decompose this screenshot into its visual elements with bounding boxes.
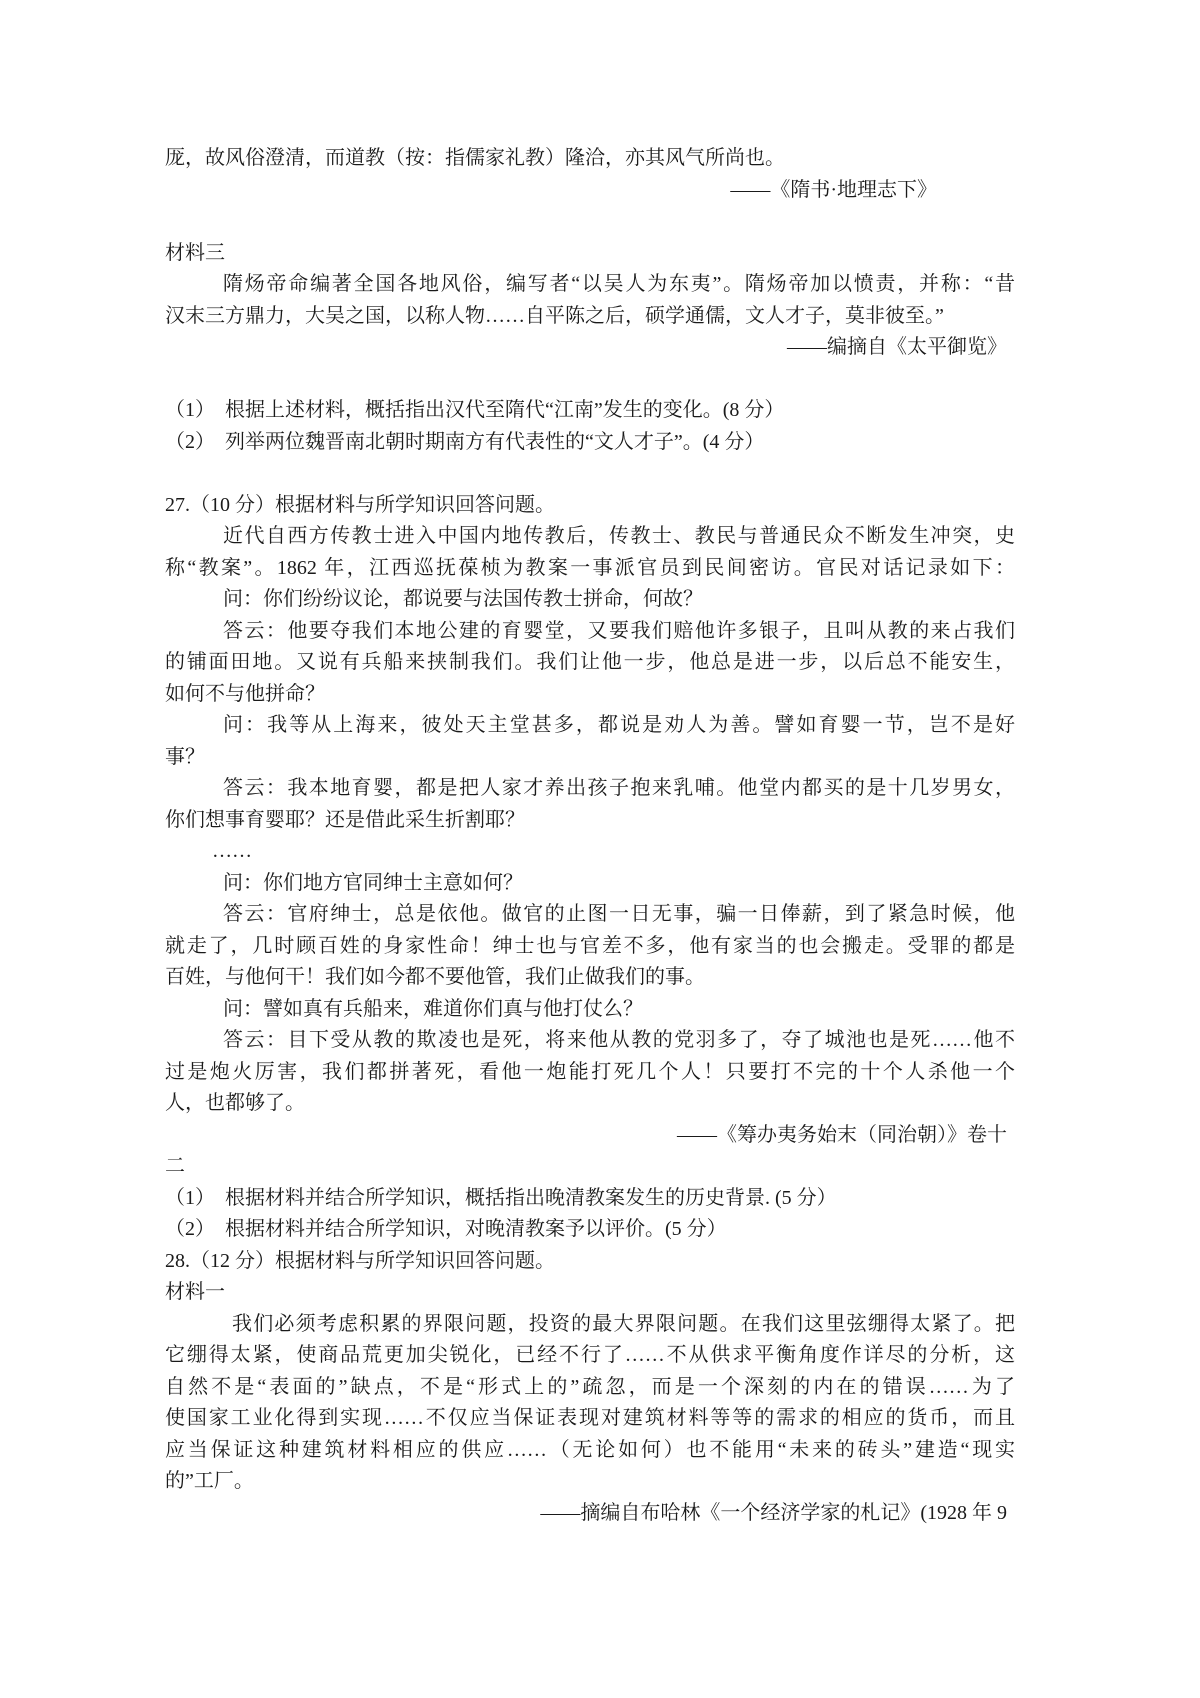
blank-line: [165, 364, 1015, 396]
dialogue-line: 答云：我本地育婴，都是把人家才养出孩子抱来乳哺。他堂内都买的是十几岁男女，: [165, 773, 1015, 805]
paragraph-line: 近代自西方传教士进入中国内地传教后，传教士、教民与普通民众不断发生冲突，史: [165, 521, 1015, 553]
paragraph-line: 使国家工业化得到实现……不仅应当保证表现对建筑材料等等的需求的相应的货币，而且: [165, 1403, 1015, 1435]
blank-line: [165, 206, 1015, 238]
question-item: （2） 列举两位魏晋南北朝时期南方有代表性的“文人才子”。(4 分）: [165, 427, 1015, 459]
paragraph-line: 自然不是“表面的”缺点，不是“形式上的”疏忽，而是一个深刻的内在的错误……为了: [165, 1372, 1015, 1404]
paragraph-continuation: 厐，故风俗澄清，而道教（按：指儒家礼教）隆洽，亦其风气所尚也。: [165, 143, 1015, 175]
dialogue-line: 百姓，与他何干！我们如今都不要他管，我们止做我们的事。: [165, 962, 1015, 994]
paragraph-line: 我们必须考虑积累的界限问题，投资的最大界限问题。在我们这里弦绷得太紧了。把: [165, 1309, 1015, 1341]
dialogue-line: 就走了，几时顾百姓的身家性命！绅士也与官差不多，他有家当的也会搬走。受罪的都是: [165, 931, 1015, 963]
dialogue-line: 如何不与他拼命？: [165, 679, 1015, 711]
paragraph-line: 它绷得太紧，使商品荒更加尖锐化，已经不行了……不从供求平衡角度作详尽的分析，这: [165, 1340, 1015, 1372]
paragraph-line: 称“教案”。1862 年，江西巡抚葆桢为教案一事派官员到民间密访。官民对话记录如…: [165, 553, 1015, 585]
dialogue-line: 你们想事育婴耶？还是借此采生折割耶？: [165, 805, 1015, 837]
paragraph-line: 应当保证这种建筑材料相应的供应……（无论如何）也不能用“未来的砖头”建造“现实: [165, 1435, 1015, 1467]
question-heading: 27.（10 分）根据材料与所学知识回答问题。: [165, 490, 1015, 522]
dialogue-line: 人，也都够了。: [165, 1088, 1015, 1120]
question-item: （1） 根据上述材料，概括指出汉代至隋代“江南”发生的变化。(8 分）: [165, 395, 1015, 427]
dialogue-line: 答云：官府绅士，总是依他。做官的止图一日无事，骗一日俸薪，到了紧急时候，他: [165, 899, 1015, 931]
source-citation: ——摘编自布哈林《一个经济学家的札记》(1928 年 9: [165, 1498, 1015, 1530]
dialogue-line: 事？: [165, 742, 1015, 774]
material-heading: 材料一: [165, 1277, 1015, 1309]
source-citation: ——《筹办夷务始末（同治朝）》卷十: [165, 1120, 1015, 1152]
ellipsis-line: ……: [165, 836, 1015, 868]
dialogue-line: 问：你们地方官同绅士主意如何？: [165, 868, 1015, 900]
paragraph-line: 隋炀帝命编著全国各地风俗，编写者“以吴人为东夷”。隋炀帝加以愤责，并称：“昔: [165, 269, 1015, 301]
source-citation: ——编摘自《太平御览》: [165, 332, 1015, 364]
dialogue-line: 的铺面田地。又说有兵船来挟制我们。我们让他一步，他总是进一步，以后总不能安生，: [165, 647, 1015, 679]
paragraph-line: 的”工厂。: [165, 1466, 1015, 1498]
dialogue-line: 过是炮火厉害，我们都拼著死，看他一炮能打死几个人！只要打不完的十个人杀他一个: [165, 1057, 1015, 1089]
material-heading: 材料三: [165, 238, 1015, 270]
source-citation: ——《隋书·地理志下》: [165, 175, 1015, 207]
exam-page: 厐，故风俗澄清，而道教（按：指儒家礼教）隆洽，亦其风气所尚也。 ——《隋书·地理…: [165, 143, 1015, 1529]
dialogue-line: 答云：目下受从教的欺凌也是死，将来他从教的党羽多了，夺了城池也是死……他不: [165, 1025, 1015, 1057]
dialogue-line: 问：譬如真有兵船来，难道你们真与他打仗么？: [165, 994, 1015, 1026]
dialogue-line: 答云：他要夺我们本地公建的育婴堂，又要我们赔他许多银子，且叫从教的来占我们: [165, 616, 1015, 648]
question-heading: 28.（12 分）根据材料与所学知识回答问题。: [165, 1246, 1015, 1278]
citation-continuation: 二: [165, 1151, 1015, 1183]
dialogue-line: 问：你们纷纷议论，都说要与法国传教士拼命，何故？: [165, 584, 1015, 616]
question-item: （2） 根据材料并结合所学知识，对晚清教案予以评价。(5 分）: [165, 1214, 1015, 1246]
question-item: （1） 根据材料并结合所学知识，概括指出晚清教案发生的历史背景. (5 分）: [165, 1183, 1015, 1215]
paragraph-line: 汉末三方鼎力，大吴之国，以称人物……自平陈之后，硕学通儒，文人才子，莫非彼至。”: [165, 301, 1015, 333]
dialogue-line: 问：我等从上海来，彼处天主堂甚多，都说是劝人为善。譬如育婴一节，岂不是好: [165, 710, 1015, 742]
blank-line: [165, 458, 1015, 490]
